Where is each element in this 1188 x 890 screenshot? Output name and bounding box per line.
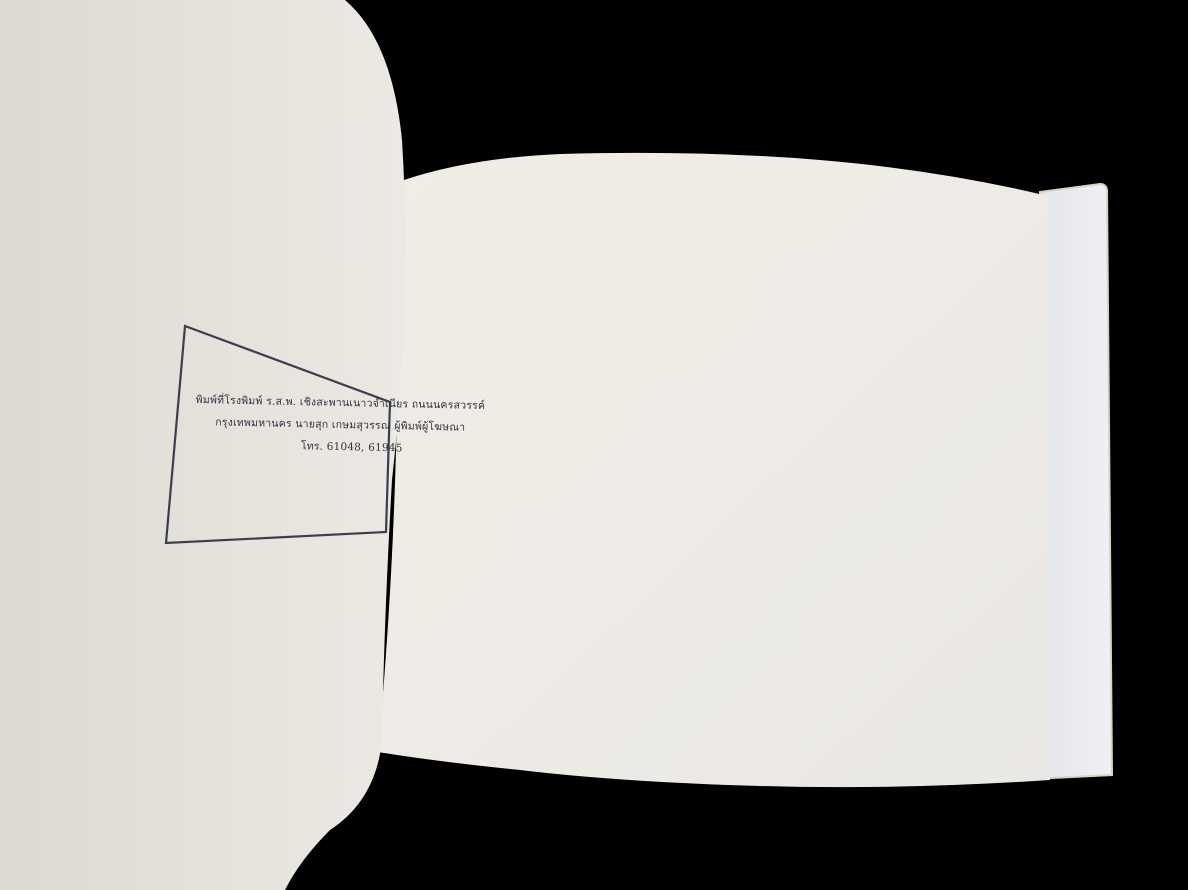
back-sheet — [1040, 184, 1112, 778]
imprint-line-phone: โทร. 61048, 61945 — [301, 434, 395, 460]
photo-scene: พิมพ์ที่โรงพิมพ์ ร.ส.พ. เชิงสะพานเนาวจำเ… — [0, 0, 1188, 890]
imprint-text: พิมพ์ที่โรงพิมพ์ ร.ส.พ. เชิงสะพานเนาวจำเ… — [195, 388, 396, 460]
right-page — [378, 153, 1050, 787]
open-book — [0, 0, 1188, 890]
